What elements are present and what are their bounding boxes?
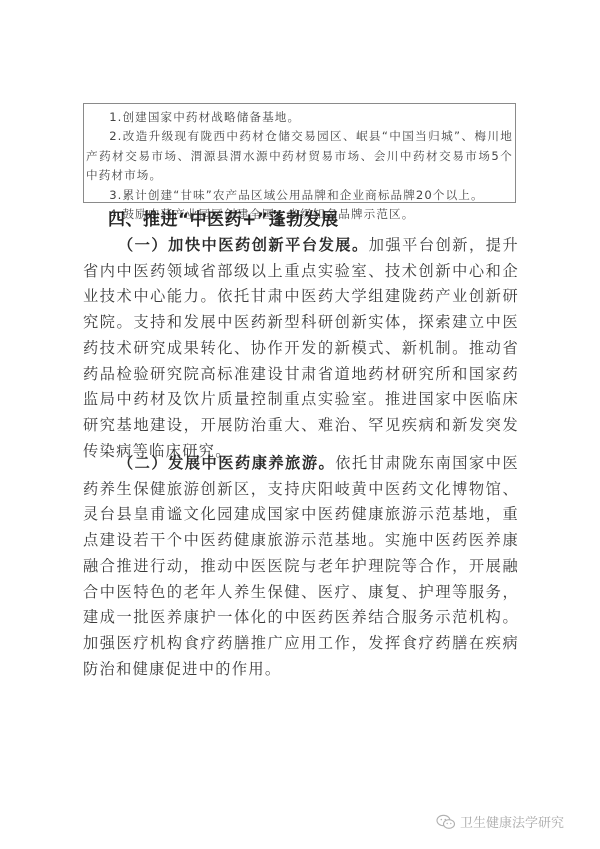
wechat-icon [436,814,456,830]
section-heading: 四、推进“中医药+”蓬勃发展 [108,208,339,232]
box-item-3: 3.累计创建“甘味”农产品区域公用品牌和企业商标品牌20个以上。 [86,186,513,205]
watermark: 卫生健康法学研究 [436,812,564,831]
paragraph-health-tourism: （二）发展中医药康养旅游。依托甘肃陇东南国家中医药养生保健旅游创新区，支持庆阳岐… [83,451,519,682]
document-page: 1.创建国家中药材战略储备基地。 2.改造升级现有陇西中药材仓储交易园区、岷县“… [0,0,600,849]
watermark-text: 卫生健康法学研究 [460,812,564,831]
paragraph-lead: （二）发展中医药康养旅游。 [118,454,335,472]
paragraph-lead: （一）加快中医药创新平台发展。 [118,236,369,254]
key-tasks-box: 1.创建国家中药材战略储备基地。 2.改造升级现有陇西中药材仓储交易园区、岷县“… [83,103,516,203]
paragraph-body: 依托甘肃陇东南国家中医药养生保健旅游创新区，支持庆阳岐黄中医药文化博物馆、灵台县… [83,454,519,678]
paragraph-body: 加强平台创新，提升省内中医药领域省部级以上重点实验室、技术创新中心和企业技术中心… [83,236,519,460]
box-item-1: 1.创建国家中药材战略储备基地。 [86,108,513,127]
box-item-2: 2.改造升级现有陇西中药材仓储交易园区、岷县“中国当归城”、梅川地产药材交易市场… [86,127,513,185]
paragraph-innovation-platform: （一）加快中医药创新平台发展。加强平台创新，提升省内中医药领域省部级以上重点实验… [83,233,519,464]
